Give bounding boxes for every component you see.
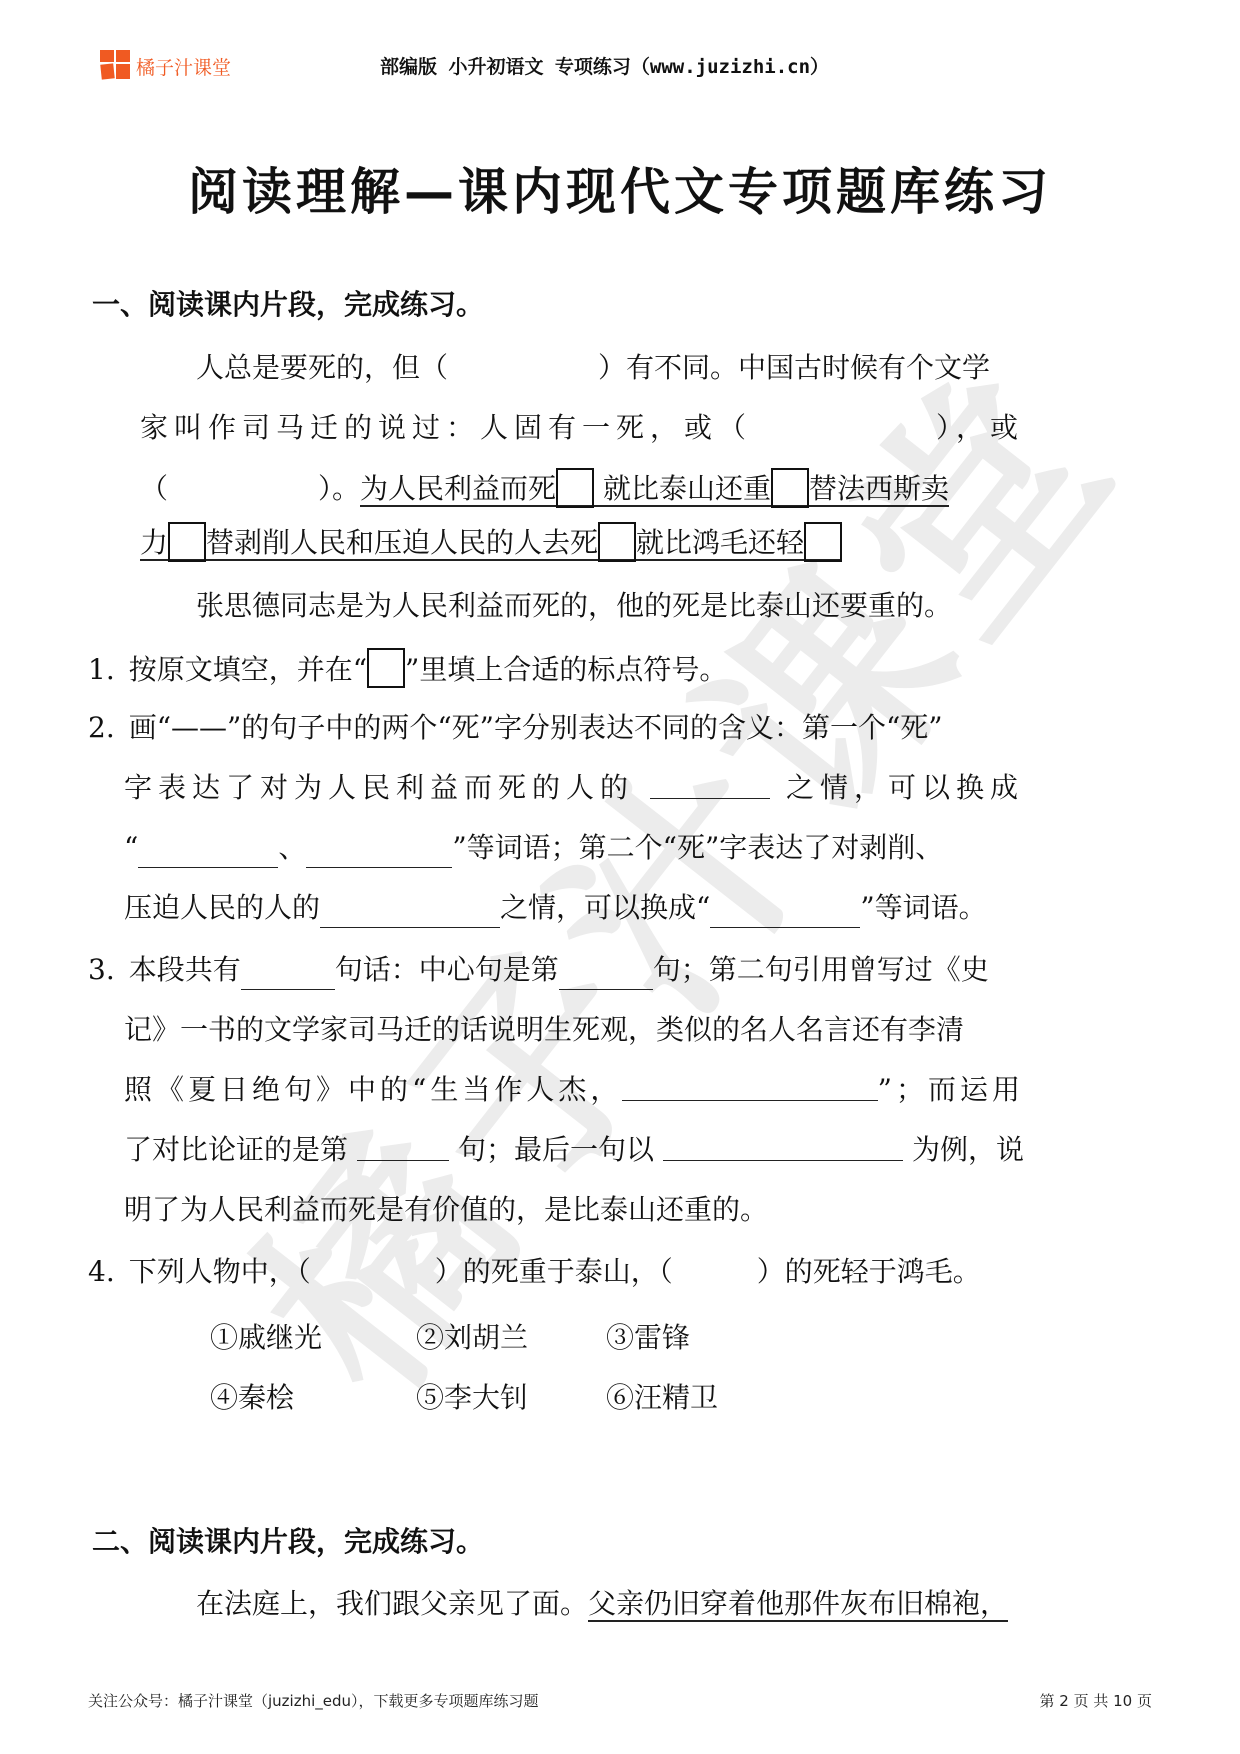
section-2-heading: 二、阅读课内片段，完成练习。	[92, 1520, 484, 1560]
document-title: 阅读理解—课内现代文专项题库练习	[0, 152, 1240, 224]
question-2: 2.画“——”的句子中的两个“死”字分别表达不同的含义：第一个“死”	[88, 708, 943, 748]
question-3-line-2: 记》一书的文学家司马迁的话说明生死观，类似的名人名言还有李清	[124, 1010, 964, 1050]
question-3-line-4: 了对比论证的是第句；最后一句以为例，说	[124, 1130, 1024, 1170]
question-2-line-2: 字表达了对为人民利益而死的人的之情，可以换成	[124, 768, 1024, 808]
page-number: 第 2 页 共 10 页	[1040, 1690, 1152, 1711]
logo-icon	[100, 50, 132, 82]
question-2-line-4: 压迫人民的人的之情，可以换成“”等词语。	[124, 888, 987, 928]
section-2-passage-line-1: 在法庭上，我们跟父亲见了面。父亲仍旧穿着他那件灰布旧棉袍，	[196, 1584, 1008, 1624]
question-1: 1.按原文填空，并在“”里填上合适的标点符号。	[88, 648, 727, 690]
punctuation-box[interactable]	[556, 468, 594, 508]
page-header: 橘子汁课堂 部编版 小升初语文 专项练习（www.juzizhi.cn）	[0, 46, 1240, 82]
answer-blank[interactable]	[663, 1130, 903, 1161]
passage-line-5: 张思德同志是为人民利益而死的，他的死是比泰山还要重的。	[196, 586, 952, 626]
page: 橘子汁课堂 部编版 小升初语文 专项练习（www.juzizhi.cn） 阅读理…	[0, 0, 1240, 1754]
option: ⑤李大钊	[416, 1376, 606, 1416]
passage-line-1: 人总是要死的，但（）有不同。中国古时候有个文学	[196, 348, 990, 388]
question-3-line-5: 明了为人民利益而死是有价值的，是比泰山还重的。	[124, 1190, 768, 1230]
logo: 橘子汁课堂	[100, 50, 231, 82]
answer-blank[interactable]	[622, 1070, 877, 1101]
answer-blank[interactable]	[559, 959, 653, 990]
punctuation-box	[367, 648, 405, 688]
answer-blank[interactable]	[357, 1130, 449, 1161]
punctuation-box[interactable]	[168, 522, 206, 562]
footer-note: 关注公众号：橘子汁课堂（juzizhi_edu），下载更多专项题库练习题	[88, 1690, 539, 1711]
header-title: 部编版 小升初语文 专项练习（www.juzizhi.cn）	[380, 52, 829, 79]
option: ④秦桧	[210, 1376, 416, 1416]
logo-text: 橘子汁课堂	[136, 53, 231, 80]
underlined-sentence: 父亲仍旧穿着他那件灰布旧棉袍，	[588, 1587, 1008, 1622]
answer-blank[interactable]	[710, 897, 860, 928]
option: ③雷锋	[606, 1316, 690, 1356]
passage-line-4: 力替剥削人民和压迫人民的人去死就比鸿毛还轻	[140, 522, 842, 564]
question-3-line-3: 照《夏日绝句》中的“生当作人杰，”；而运用	[124, 1070, 1024, 1110]
answer-blank[interactable]	[306, 837, 452, 868]
options-row-1: ①戚继光 ②刘胡兰 ③雷锋	[210, 1316, 690, 1356]
option: ①戚继光	[210, 1316, 416, 1356]
section-1-heading: 一、阅读课内片段，完成练习。	[92, 283, 484, 323]
page-footer: 关注公众号：橘子汁课堂（juzizhi_edu），下载更多专项题库练习题 第 2…	[88, 1690, 1152, 1711]
answer-blank[interactable]	[138, 837, 278, 868]
question-3: 3.本段共有句话：中心句是第句；第二句引用曾写过《史	[88, 950, 989, 990]
answer-blank[interactable]	[241, 959, 335, 990]
blank-paren[interactable]	[769, 408, 919, 448]
option: ②刘胡兰	[416, 1316, 606, 1356]
punctuation-box[interactable]	[804, 522, 842, 562]
options-row-2: ④秦桧 ⑤李大钊 ⑥汪精卫	[210, 1376, 718, 1416]
question-4: 4.下列人物中，（）的死重于泰山，（）的死轻于鸿毛。	[88, 1252, 981, 1292]
punctuation-box[interactable]	[598, 522, 636, 562]
answer-blank[interactable]	[650, 768, 770, 799]
option: ⑥汪精卫	[606, 1376, 718, 1416]
passage-line-2: 家叫作司马迁的说过：人固有一死，或（），或	[140, 408, 1024, 448]
underlined-sentence: 为人民利益而死	[360, 472, 556, 505]
punctuation-box[interactable]	[771, 468, 809, 508]
passage-line-3: （）。为人民利益而死 就比泰山还重替法西斯卖	[140, 468, 949, 510]
question-2-line-3: “、”等词语；第二个“死”字表达了对剥削、	[124, 828, 943, 868]
answer-blank[interactable]	[320, 897, 500, 928]
